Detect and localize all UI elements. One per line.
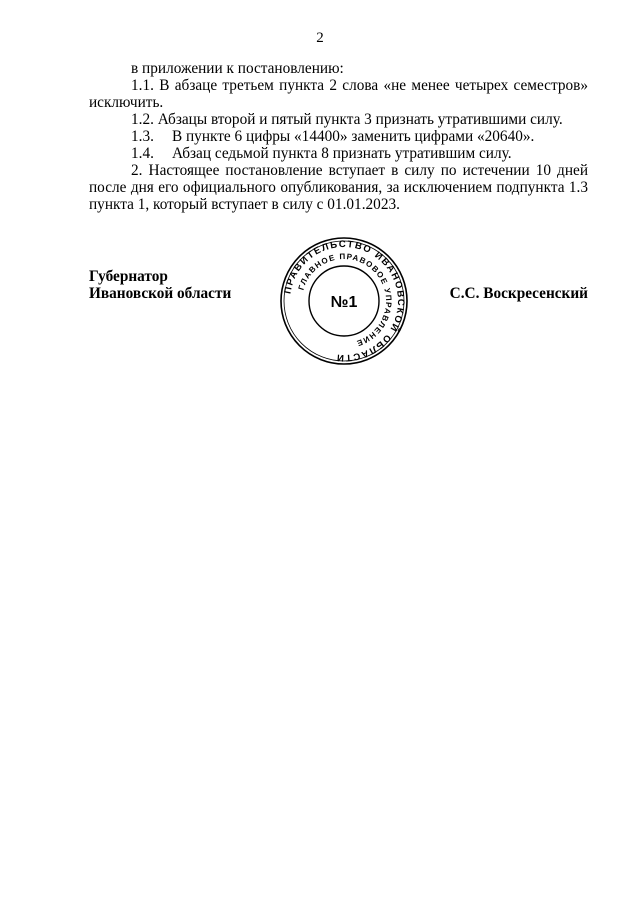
position-line-1: Губернатор xyxy=(89,268,231,285)
page-number: 2 xyxy=(0,30,640,47)
position-line-2: Ивановской области xyxy=(89,285,231,302)
paragraph-2: 2. Настоящее постановление вступает в си… xyxy=(89,162,588,213)
paragraph-1-1: 1.1. В абзаце третьем пункта 2 слова «не… xyxy=(89,77,588,111)
stamp-seal-icon: ПРАВИТЕЛЬСТВО ИВАНОВСКОЙ ОБЛАСТИ ГЛАВНОЕ… xyxy=(273,236,415,366)
signatory-position: Губернатор Ивановской области xyxy=(89,268,231,302)
paragraph-1-3: 1.3.В пункте 6 цифры «14400» заменить ци… xyxy=(89,128,588,145)
official-stamp: ПРАВИТЕЛЬСТВО ИВАНОВСКОЙ ОБЛАСТИ ГЛАВНОЕ… xyxy=(273,236,415,366)
paragraph-1-2: 1.2. Абзацы второй и пятый пункта 3 приз… xyxy=(89,111,588,128)
svg-text:№1: №1 xyxy=(331,294,358,311)
paragraph-intro: в приложении к постановлению: xyxy=(89,60,588,77)
signatory-name: С.С. Воскресенский xyxy=(450,285,588,302)
paragraph-1-4: 1.4.Абзац седьмой пункта 8 признать утра… xyxy=(89,145,588,162)
document-body: в приложении к постановлению: 1.1. В абз… xyxy=(89,60,588,213)
